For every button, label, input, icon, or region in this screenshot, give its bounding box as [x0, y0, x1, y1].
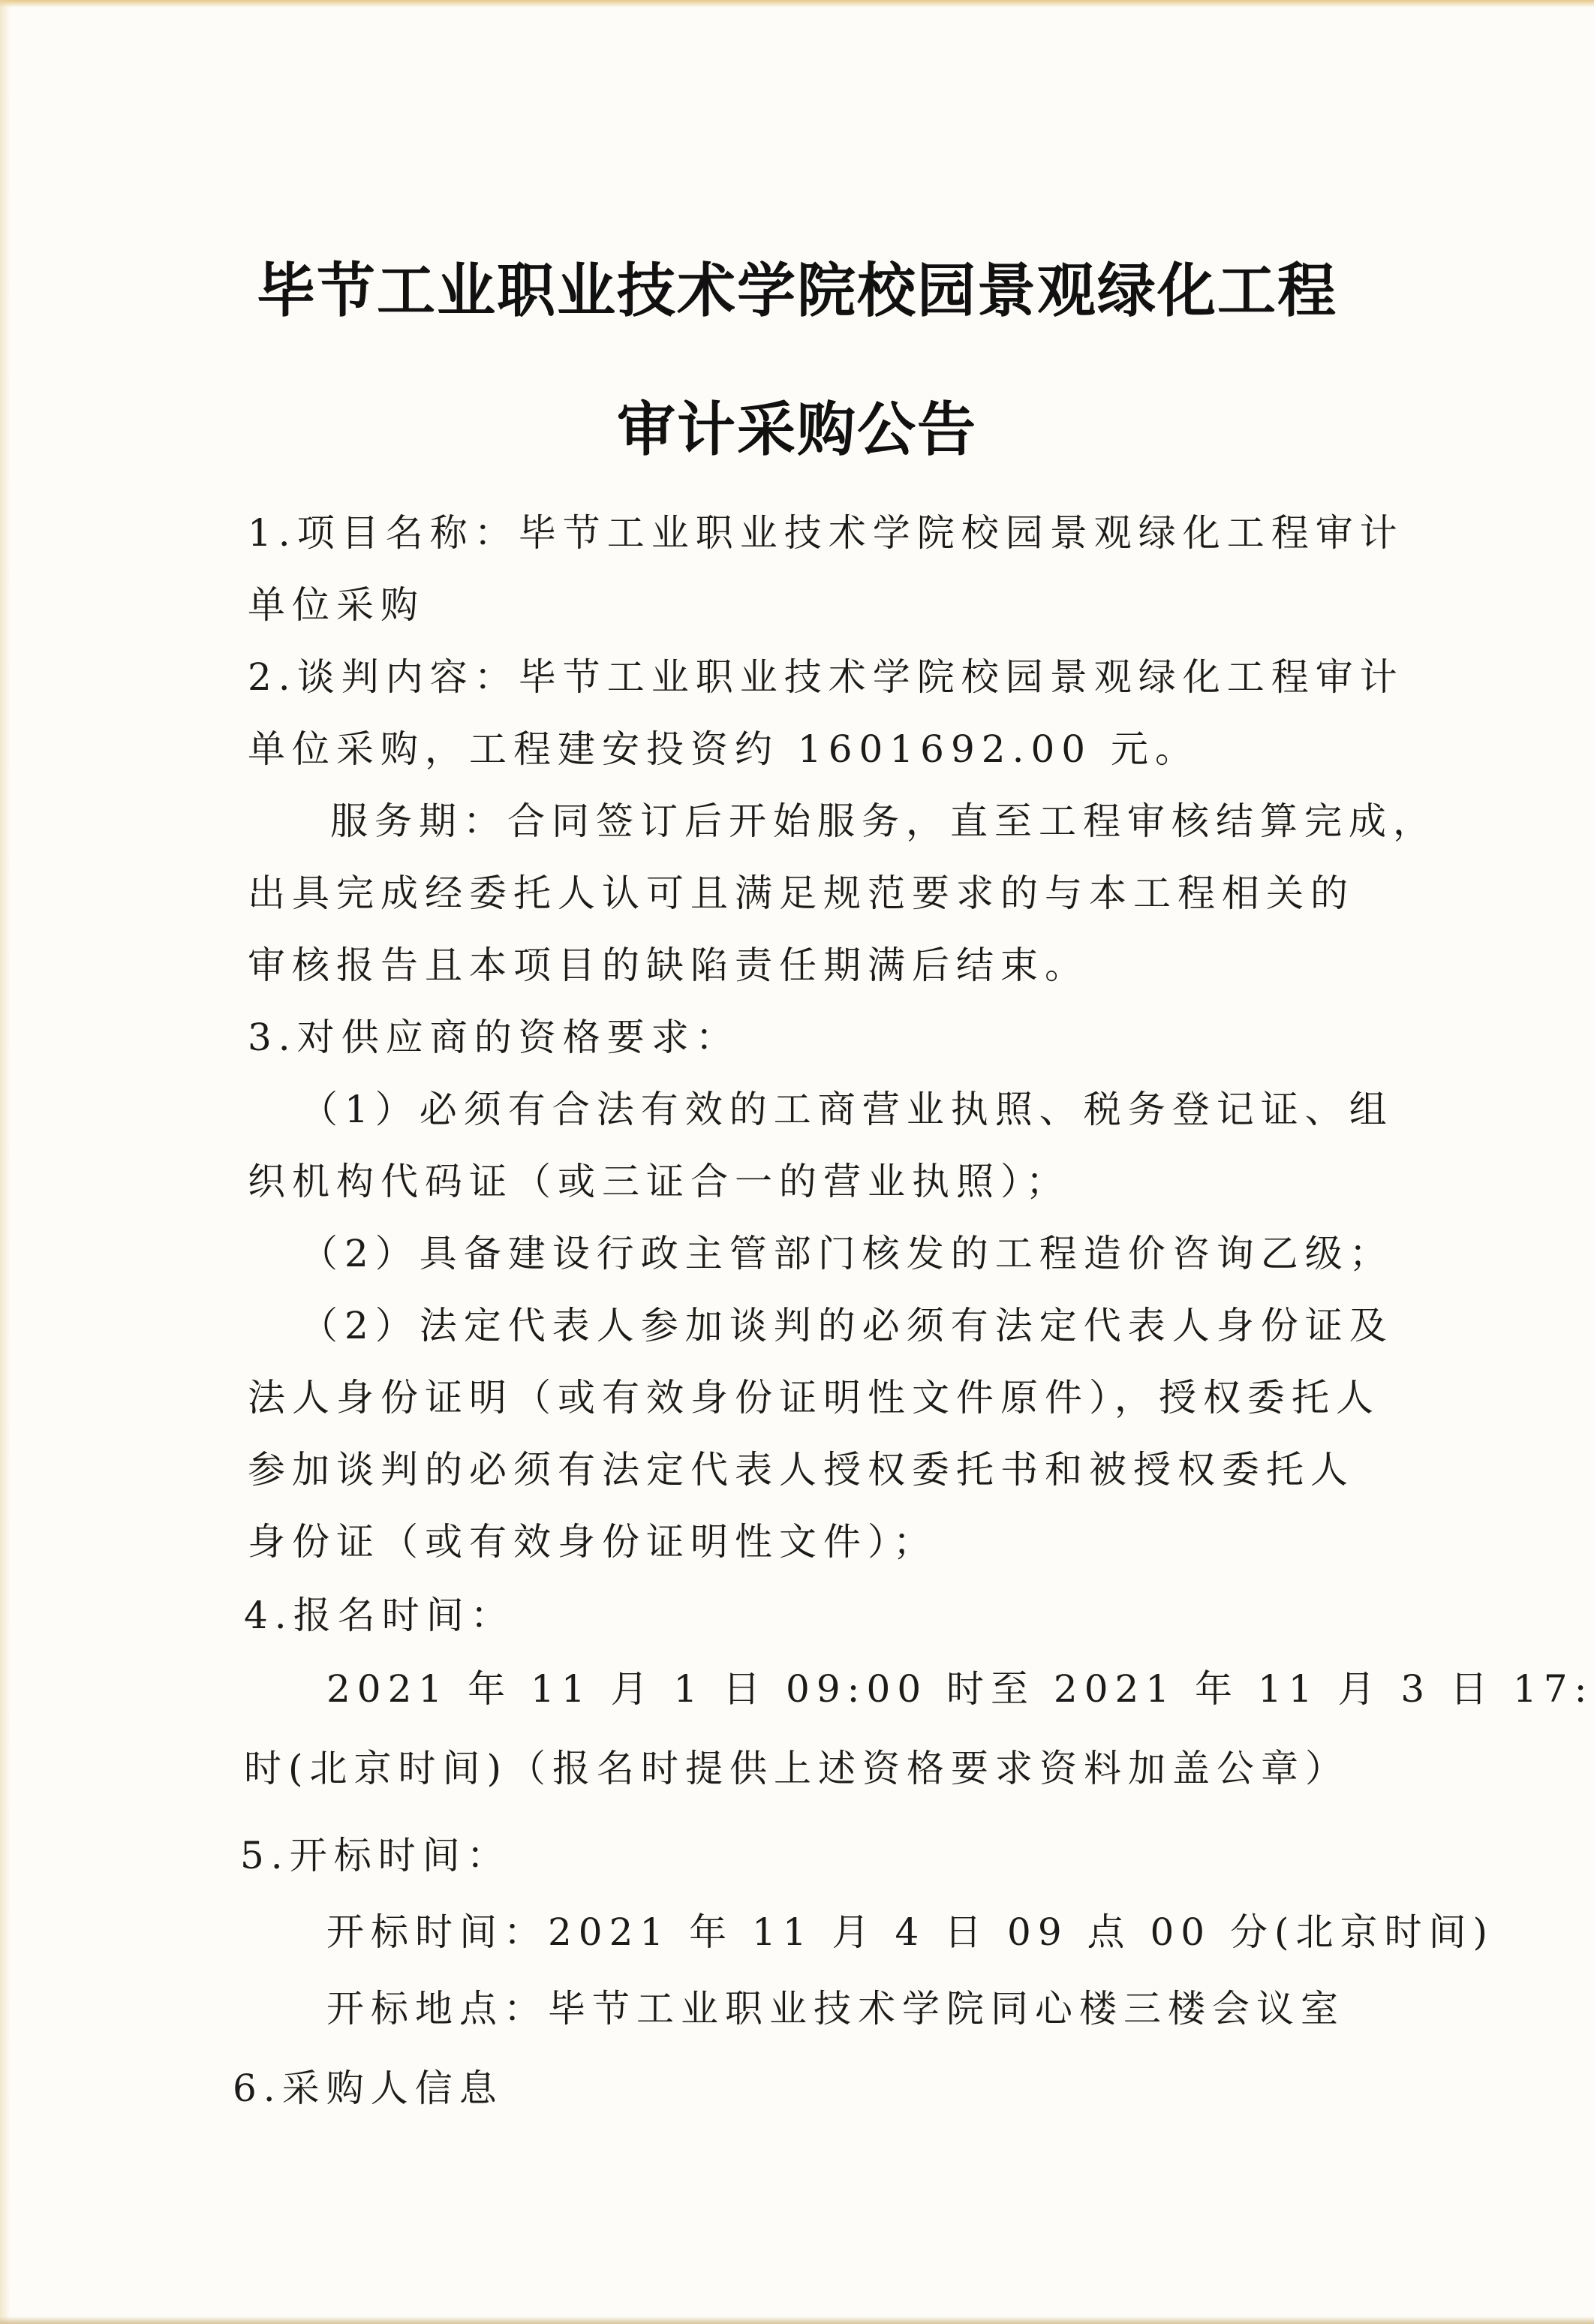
document-page: 毕节工业职业技术学院校园景观绿化工程 审计采购公告 1.项目名称：毕节工业职业技… — [0, 0, 1594, 2324]
requirement-2-line-1: （2）具备建设行政主管部门核发的工程造价咨询乙级； — [300, 1231, 1394, 1276]
document-title-line-1: 毕节工业职业技术学院校园景观绿化工程 — [0, 244, 1594, 328]
registration-time-line-2: 时(北京时间)（报名时提供上述资格要求资料加盖公章） — [244, 1746, 1349, 1791]
service-period-line-1: 服务期：合同签订后开始服务，直至工程审核结算完成， — [330, 799, 1437, 844]
registration-time-line-1: 2021 年 11 月 1 日 09:00 时至 2021 年 11 月 3 日… — [326, 1666, 1594, 1711]
purchaser-info-heading: 6.采购人信息 — [233, 2066, 504, 2111]
negotiation-content-line-2: 单位采购，工程建安投资约 1601692.00 元。 — [248, 727, 1199, 772]
requirement-1-line-1: （1）必须有合法有效的工商营业执照、税务登记证、组 — [300, 1087, 1394, 1132]
requirement-3-line-1: （2）法定代表人参加谈判的必须有法定代表人身份证及 — [300, 1303, 1394, 1348]
document-title-line-2: 审计采购公告 — [0, 383, 1594, 467]
service-period-line-3: 审核报告且本项目的缺陷责任期满后结束。 — [248, 943, 1089, 988]
project-name-line-1: 1.项目名称：毕节工业职业技术学院校园景观绿化工程审计 — [248, 510, 1404, 555]
requirement-3-line-4: 身份证（或有效身份证明性文件）； — [248, 1519, 937, 1564]
requirement-1-line-2: 织机构代码证（或三证合一的营业执照）； — [248, 1159, 1070, 1204]
qualification-heading: 3.对供应商的资格要求： — [248, 1015, 740, 1060]
registration-heading: 4.报名时间： — [244, 1593, 515, 1638]
project-name-line-2: 单位采购 — [248, 583, 425, 628]
requirement-3-line-3: 参加谈判的必须有法定代表人授权委托书和被授权委托人 — [248, 1447, 1355, 1492]
service-period-line-2: 出具完成经委托人认可且满足规范要求的与本工程相关的 — [248, 871, 1355, 916]
negotiation-content-line-1: 2.谈判内容：毕节工业职业技术学院校园景观绿化工程审计 — [248, 655, 1404, 700]
requirement-3-line-2: 法人身份证明（或有效身份证明性文件原件），授权委托人 — [248, 1375, 1380, 1420]
bid-opening-time: 开标时间：2021 年 11 月 4 日 09 点 00 分(北京时间) — [326, 1910, 1494, 1955]
bid-opening-heading: 5.开标时间： — [240, 1833, 511, 1878]
bid-opening-location: 开标地点：毕节工业职业技术学院同心楼三楼会议室 — [326, 1986, 1345, 2031]
